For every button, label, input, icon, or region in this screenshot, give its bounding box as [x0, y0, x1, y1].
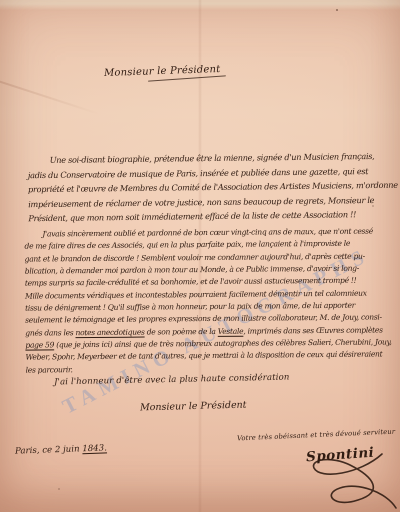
underlined-text: Vestale — [218, 326, 244, 335]
paragraph-1: Une soi-disant biographie, prétendue êtr… — [28, 149, 389, 226]
scanned-letter: TAMINO AUTOGRAPHS Monsieur le Président … — [0, 0, 400, 512]
text-segment: de son poème de la — [145, 327, 218, 337]
underlined-text: notes anecdotiques — [75, 327, 144, 337]
text-segment: gnés dans les — [25, 328, 75, 337]
ink-speck — [336, 9, 338, 11]
underlined-text: page 59 — [25, 340, 54, 349]
paragraph-2: J'avais sincèrement oublié et pardonné d… — [24, 225, 391, 376]
signature-flourish — [286, 452, 400, 512]
text-segment: , imprimés dans ses Œuvres complètes — [243, 325, 382, 335]
ink-speck — [58, 488, 60, 490]
underlined-text: 1843. — [82, 443, 107, 454]
text-segment: (que je joins ici) ainsi que de très nom… — [54, 337, 392, 349]
